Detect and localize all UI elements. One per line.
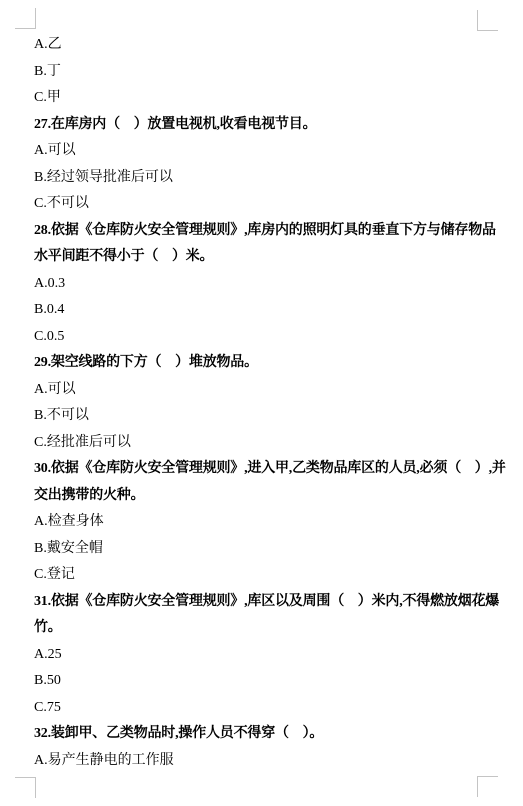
- q29-option-c-line: C.经批准后可以: [34, 430, 478, 457]
- text-boundary-mark-top-left: [15, 8, 36, 29]
- document-page: A.乙 B.丁 C.甲 27.在库房内（ ）放置电视机,收看电视节目。 A.可以…: [0, 0, 523, 806]
- q27-option-b-line: B.经过领导批准后可以: [34, 165, 478, 192]
- q28-option-b-line: B.0.4: [34, 297, 478, 324]
- text-boundary-mark-top-right: [477, 10, 498, 31]
- exam-question-list: A.乙 B.丁 C.甲 27.在库房内（ ）放置电视机,收看电视节目。 A.可以…: [34, 32, 478, 774]
- q32-stem-line: 32.装卸甲、乙类物品时,操作人员不得穿（ ）。: [34, 721, 478, 748]
- text-boundary-mark-bottom-right: [477, 776, 498, 797]
- q32-option-a-line: A.易产生静电的工作服: [34, 748, 478, 775]
- q30-option-a-line: A.检查身体: [34, 509, 478, 536]
- q31-option-c-line: C.75: [34, 695, 478, 722]
- q31-option-b-line: B.50: [34, 668, 478, 695]
- q28-stem-line-2: 水平间距不得小于（ ）米。: [34, 244, 478, 271]
- q29-stem-line: 29.架空线路的下方（ ）堆放物品。: [34, 350, 478, 377]
- q28-option-c-line: C.0.5: [34, 324, 478, 351]
- text-boundary-mark-bottom-left: [15, 777, 36, 798]
- q30-stem-line-2: 交出携带的火种。: [34, 483, 478, 510]
- q30-option-b-line: B.戴安全帽: [34, 536, 478, 563]
- q26-option-b-line: B.丁: [34, 59, 478, 86]
- q29-option-b-line: B.不可以: [34, 403, 478, 430]
- q26-option-c-line: C.甲: [34, 85, 478, 112]
- q31-stem-line-1: 31.依据《仓库防火安全管理规则》,库区以及周围（ ）米内,不得燃放烟花爆: [34, 589, 478, 616]
- q31-option-a-line: A.25: [34, 642, 478, 669]
- q30-stem-line-1: 30.依据《仓库防火安全管理规则》,进入甲,乙类物品库区的人员,必须（ ）,并: [34, 456, 478, 483]
- q28-stem-line-1: 28.依据《仓库防火安全管理规则》,库房内的照明灯具的垂直下方与储存物品: [34, 218, 478, 245]
- q27-option-c-line: C.不可以: [34, 191, 478, 218]
- q29-option-a-line: A.可以: [34, 377, 478, 404]
- q27-stem-line: 27.在库房内（ ）放置电视机,收看电视节目。: [34, 112, 478, 139]
- q27-option-a-line: A.可以: [34, 138, 478, 165]
- q30-option-c-line: C.登记: [34, 562, 478, 589]
- q31-stem-line-2: 竹。: [34, 615, 478, 642]
- q26-option-a-line: A.乙: [34, 32, 478, 59]
- q28-option-a-line: A.0.3: [34, 271, 478, 298]
